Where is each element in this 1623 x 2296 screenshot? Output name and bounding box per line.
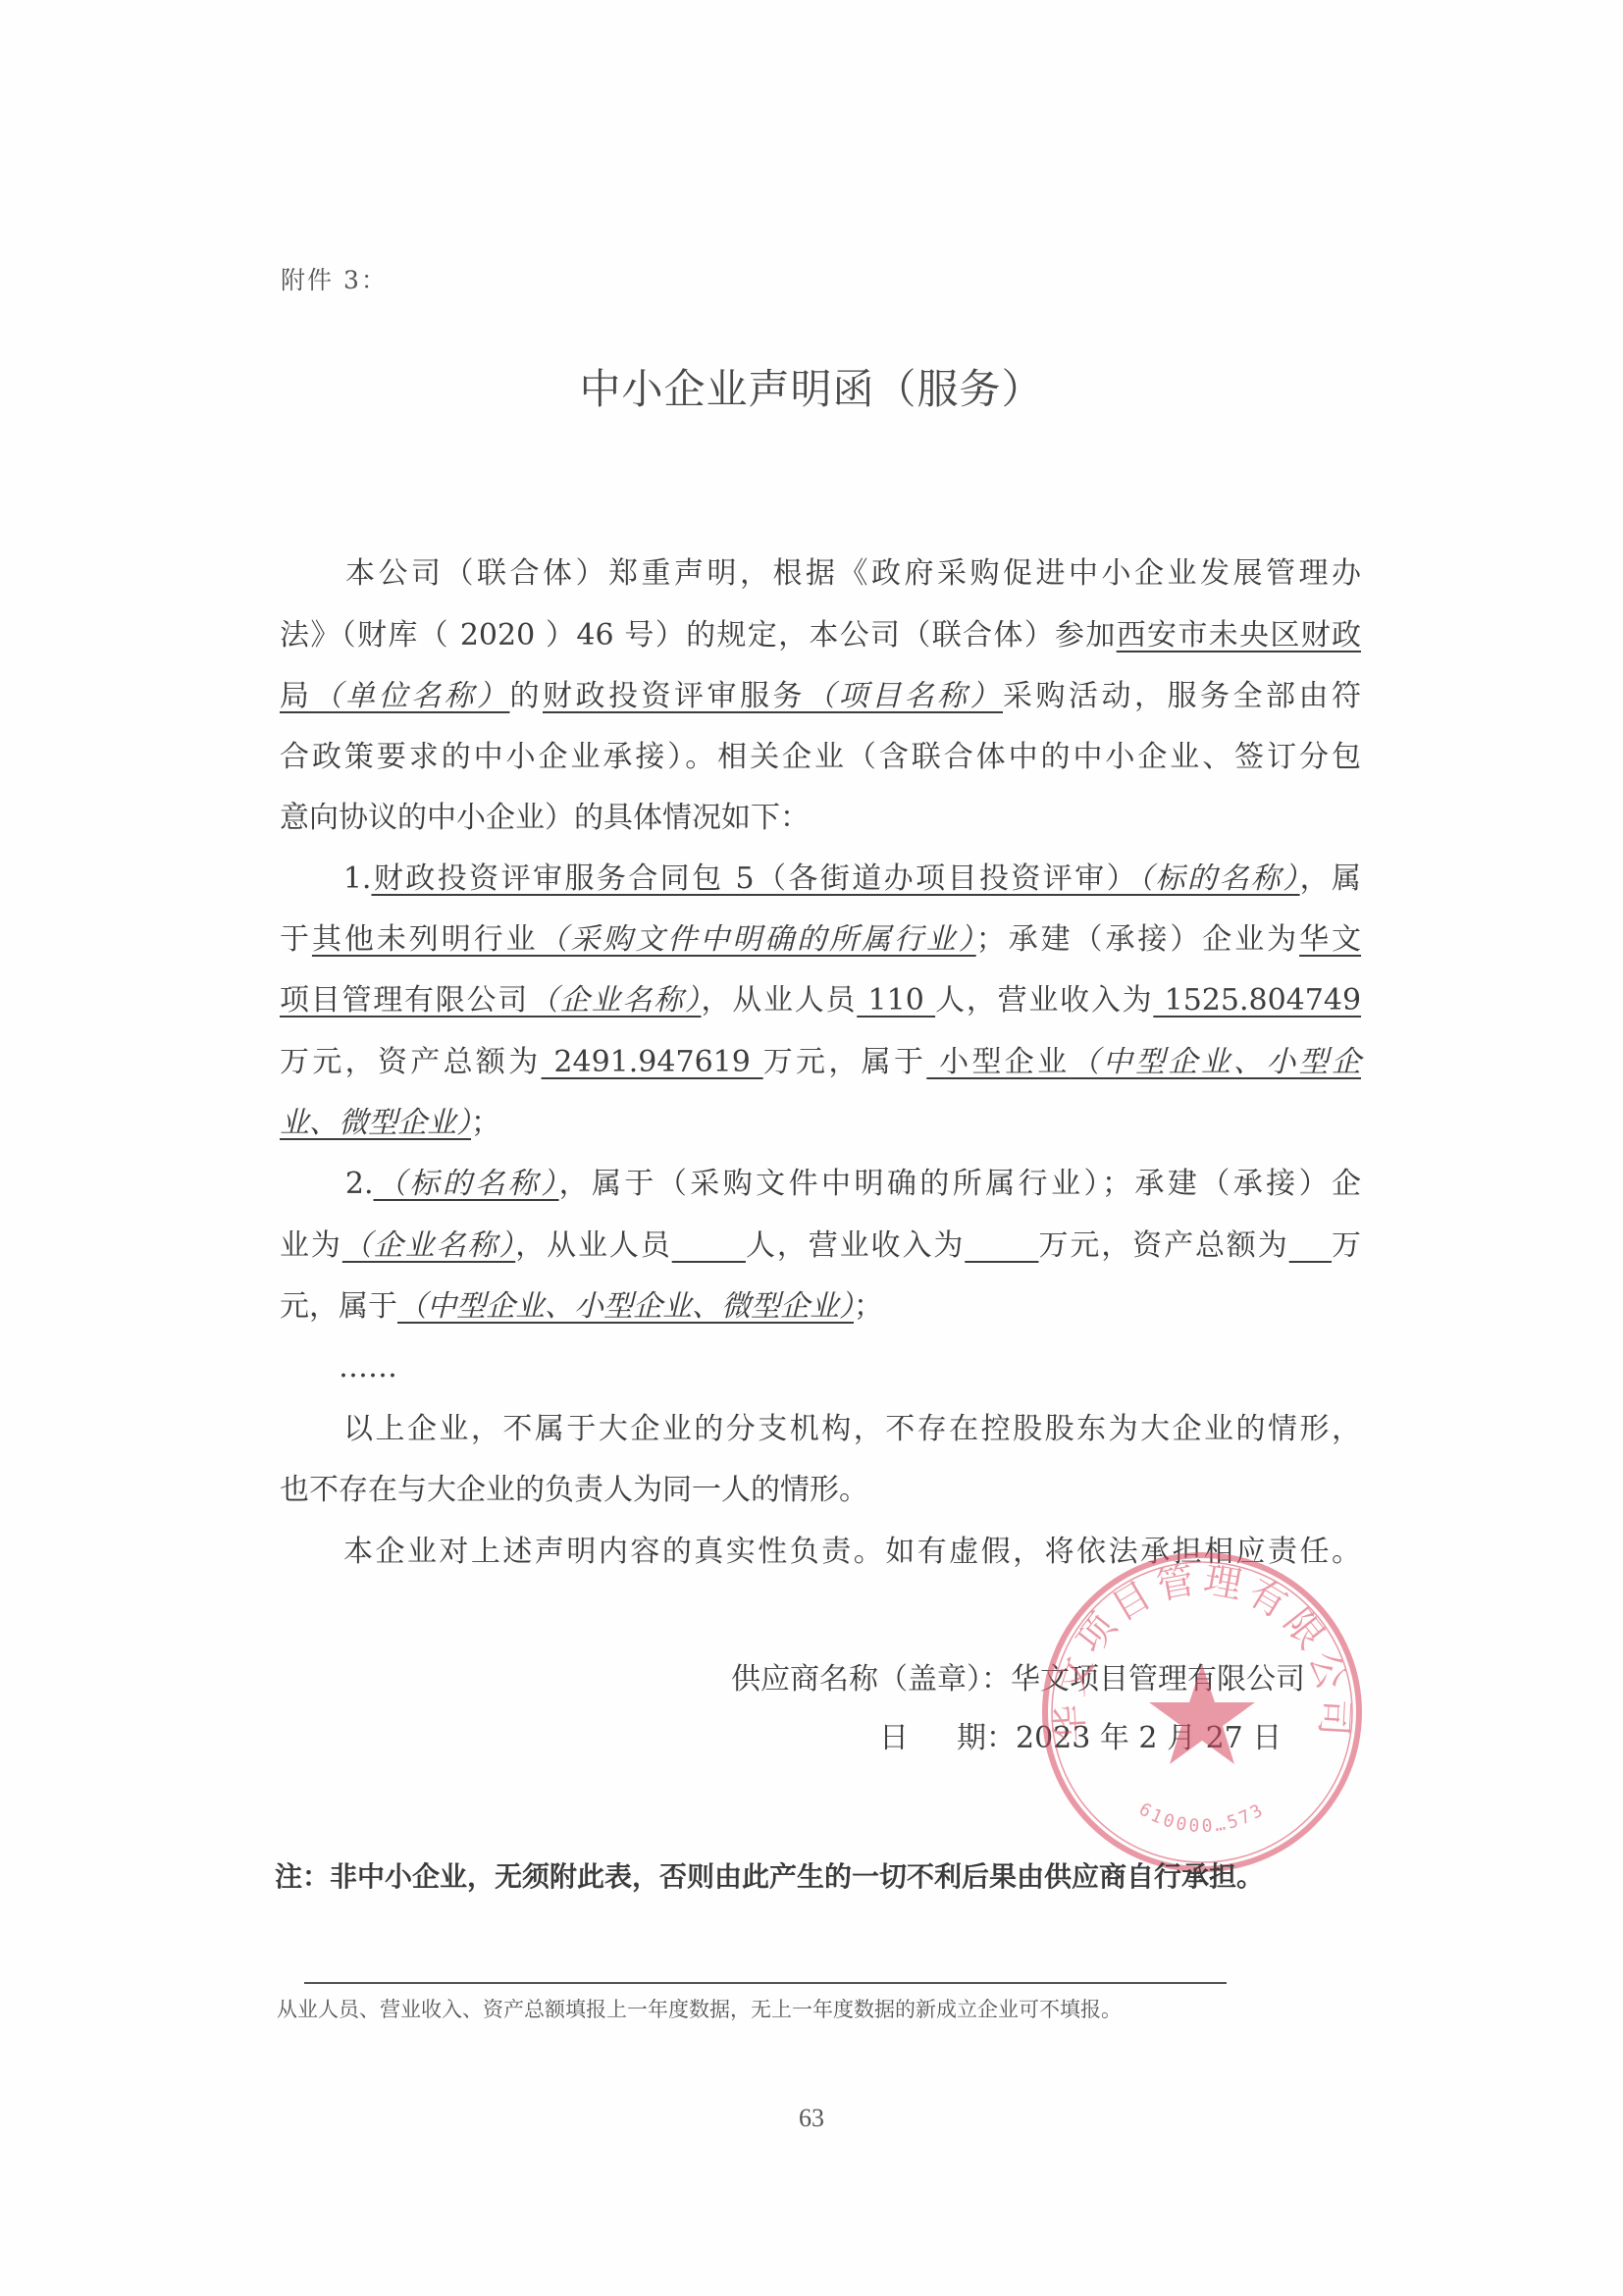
text-line: 本公司（联合体）郑重声明，根据《政府采购促进中小企业发展管理办 bbox=[280, 554, 1361, 594]
filled-field bbox=[1289, 1228, 1332, 1263]
text-run: ； bbox=[854, 1289, 883, 1324]
filled-field: 财政投资评审服务 bbox=[543, 679, 806, 713]
filled-field: （企业名称） bbox=[529, 983, 702, 1018]
filled-field: （采购文件中明确的所属行业） bbox=[539, 922, 976, 957]
text-line: 以上企业，不属于大企业的分支机构，不存在控股股东为大企业的情形， bbox=[280, 1410, 1361, 1449]
filled-field: （中型企业、小型企 bbox=[1070, 1045, 1361, 1079]
footnote-divider bbox=[304, 1982, 1227, 1984]
text-run: 万元，资产总额为 bbox=[1038, 1228, 1288, 1263]
stamp-text: 华文项目管理有限公司 bbox=[1047, 1558, 1357, 1744]
text-line: 也不存在与大企业的负责人为同一人的情形。 bbox=[280, 1471, 1361, 1510]
date-label-1: 日 bbox=[879, 1719, 909, 1758]
text-line: 万元，资产总额为 2491.947619 万元，属于 小型企业（中型企业、小型企 bbox=[280, 1043, 1361, 1082]
text-run: ，从业人员 bbox=[515, 1228, 672, 1263]
supplier-line: 供应商名称（盖章）：华文项目管理有限公司 bbox=[731, 1660, 1305, 1699]
text-run: 意向协议的中小企业）的具体情况如下： bbox=[280, 801, 810, 835]
text-run: 人，营业收入为 bbox=[746, 1228, 965, 1263]
text-run: 万元，属于 bbox=[763, 1045, 927, 1079]
filled-field: 西安市未央区财政 bbox=[1117, 618, 1361, 652]
supplier-name: 华文项目管理有限公司 bbox=[1011, 1662, 1305, 1696]
filled-field: 110 bbox=[857, 983, 935, 1018]
filled-field bbox=[965, 1228, 1038, 1263]
filled-field: 1525.804749 bbox=[1153, 983, 1361, 1018]
text-run: 元，属于 bbox=[280, 1289, 397, 1324]
date-label-2: 期： bbox=[957, 1721, 1016, 1755]
filled-field: 小型企业 bbox=[926, 1045, 1070, 1079]
text-run: 于 bbox=[280, 922, 312, 957]
text-run: 万 bbox=[1332, 1228, 1361, 1263]
text-run: 以上企业，不属于大企业的分支机构，不存在控股股东为大企业的情形， bbox=[280, 1412, 1361, 1446]
filled-field: （单位名称） bbox=[313, 679, 510, 713]
filled-field: 局 bbox=[280, 679, 313, 713]
text-line: 业为（企业名称），从业人员 人，营业收入为 万元，资产总额为 万 bbox=[280, 1226, 1361, 1266]
supplier-label: 供应商名称（盖章）： bbox=[731, 1662, 1011, 1696]
filled-field: 其他未列明行业 bbox=[312, 922, 539, 957]
text-run: 人，营业收入为 bbox=[935, 983, 1153, 1018]
text-run: ，从业人员 bbox=[702, 983, 858, 1018]
attachment-label: 附件 3： bbox=[281, 261, 388, 296]
text-run: 采购活动，服务全部由符 bbox=[1003, 679, 1361, 713]
text-run: ；承建（承接）企业为 bbox=[976, 922, 1299, 957]
svg-text:华文项目管理有限公司: 华文项目管理有限公司 bbox=[1047, 1558, 1357, 1744]
date-value: 2023 年 2 月 27 日 bbox=[1016, 1721, 1282, 1755]
text-run: 法》（财库（ 2020 ）46 号）的规定，本公司（联合体）参加 bbox=[280, 618, 1117, 652]
text-line: 2.（标的名称），属于（采购文件中明确的所属行业）；承建（承接）企 bbox=[280, 1165, 1361, 1204]
text-run: 的 bbox=[510, 679, 544, 713]
text-run: 业为 bbox=[280, 1228, 342, 1263]
text-run: 1. bbox=[280, 861, 371, 896]
stamp-code: 610000…573 bbox=[1135, 1799, 1269, 1837]
filled-field: （标的名称） bbox=[1138, 861, 1300, 896]
filled-field: 华文 bbox=[1299, 922, 1361, 957]
paragraph-responsibility: 本企业对上述声明内容的真实性负责。如有虚假，将依法承担相应责任。 bbox=[280, 1533, 1361, 1572]
filled-field: （中型企业、小型企业、微型企业） bbox=[397, 1289, 854, 1324]
text-run: 合政策要求的中小企业承接）。相关企业（含联合体中的中小企业、签订分包 bbox=[280, 740, 1361, 774]
company-seal-icon: 华文项目管理有限公司 610000…573 bbox=[1038, 1548, 1366, 1876]
text-run: 本企业对上述声明内容的真实性负责。如有虚假，将依法承担相应责任。 bbox=[280, 1535, 1361, 1569]
text-run: 2. bbox=[280, 1167, 374, 1201]
text-run: ，属于（采购文件中明确的所属行业）；承建（承接）企 bbox=[559, 1167, 1361, 1201]
text-line: 合政策要求的中小企业承接）。相关企业（含联合体中的中小企业、签订分包 bbox=[280, 738, 1361, 777]
text-line: 于其他未列明行业（采购文件中明确的所属行业）；承建（承接）企业为华文 bbox=[280, 920, 1361, 960]
text-line: 意向协议的中小企业）的具体情况如下： bbox=[280, 799, 1361, 838]
text-line: 局（单位名称）的财政投资评审服务（项目名称）采购活动，服务全部由符 bbox=[280, 677, 1361, 716]
text-run: 万元，资产总额为 bbox=[280, 1045, 542, 1079]
filled-field: 2491.947619 bbox=[542, 1045, 763, 1079]
footnote-text: 从业人员、营业收入、资产总额填报上一年度数据，无上一年度数据的新成立企业可不填报… bbox=[277, 1995, 1122, 2024]
text-line: 项目管理有限公司（企业名称），从业人员 110 人，营业收入为 1525.804… bbox=[280, 981, 1361, 1020]
ellipsis: …… bbox=[280, 1348, 1361, 1387]
document-title: 中小企业声明函（服务） bbox=[0, 357, 1623, 416]
filled-field: （项目名称） bbox=[806, 679, 1003, 713]
svg-text:610000…573: 610000…573 bbox=[1135, 1799, 1269, 1837]
text-run: ； bbox=[471, 1106, 500, 1140]
filled-field: 业、微型企业） bbox=[280, 1106, 471, 1140]
text-run: 也不存在与大企业的负责人为同一人的情形。 bbox=[280, 1473, 868, 1507]
text-run: 本公司（联合体）郑重声明，根据《政府采购促进中小企业发展管理办 bbox=[280, 556, 1361, 591]
text-line: 1.财政投资评审服务合同包 5（各街道办项目投资评审）（标的名称），属 bbox=[280, 860, 1361, 899]
filled-field: （标的名称） bbox=[374, 1167, 559, 1201]
page-number: 63 bbox=[0, 2104, 1623, 2133]
text-line: 元，属于（中型企业、小型企业、微型企业）； bbox=[280, 1287, 1361, 1327]
document-page: 附件 3： 中小企业声明函（服务） 本公司（联合体）郑重声明，根据《政府采购促进… bbox=[0, 0, 1623, 2296]
text-run: ，属 bbox=[1300, 861, 1361, 896]
note-text: 注：非中小企业，无须附此表，否则由此产生的一切不利后果由供应商自行承担。 bbox=[275, 1857, 1264, 1897]
filled-field bbox=[672, 1228, 746, 1263]
filled-field: 财政投资评审服务合同包 5（各街道办项目投资评审） bbox=[371, 861, 1138, 896]
text-line: 业、微型企业）； bbox=[280, 1104, 1361, 1143]
filled-field: 项目管理有限公司 bbox=[280, 983, 529, 1018]
text-line: 法》（财库（ 2020 ）46 号）的规定，本公司（联合体）参加西安市未央区财政 bbox=[280, 616, 1361, 655]
date-line: 期：2023 年 2 月 27 日 bbox=[957, 1719, 1282, 1758]
filled-field: （企业名称） bbox=[342, 1228, 515, 1263]
